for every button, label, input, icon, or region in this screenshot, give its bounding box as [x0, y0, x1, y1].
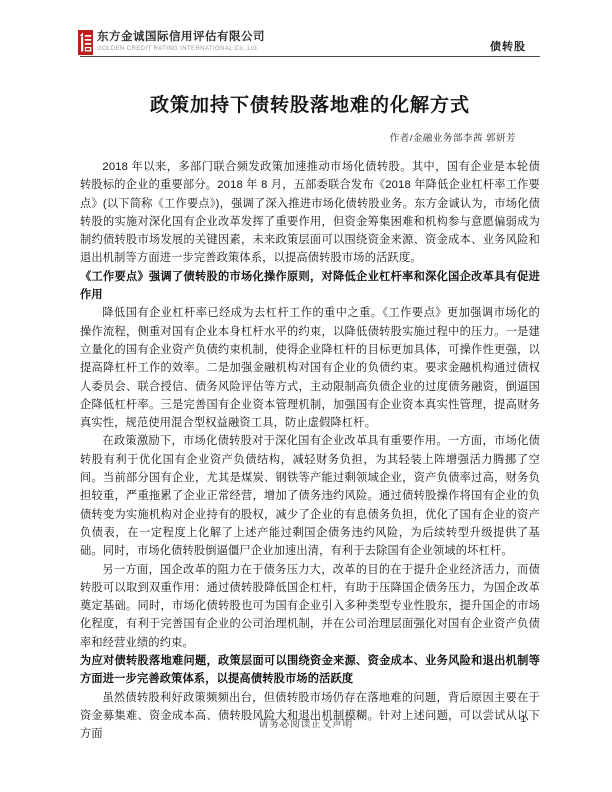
article-content: 政策加持下债转股落地难的化解方式 作者/金融业务部李茜 郭妍芳 2018 年以来… [80, 0, 540, 744]
paragraph-3: 在政策激励下，市场化债转股对于深化国有企业改革具有重要作用。一方面，市场化债转股… [80, 432, 540, 560]
document-page: 东方金诚国际信用评估有限公司 GOLDEN CREDIT RATING INTE… [0, 0, 612, 792]
article-title: 政策加持下债转股落地难的化解方式 [80, 93, 540, 119]
section-heading-1: 《工作要点》强调了债转股的市场化操作原则，对降低企业杠杆率和深化国企改革具有促进… [80, 268, 540, 305]
article-byline: 作者/金融业务部李茜 郭妍芳 [80, 130, 540, 144]
paragraph-2: 降低国有企业杠杆率已经成为去杠杆工作的重中之重。《工作要点》更加强调市场化的操作… [80, 304, 540, 432]
paragraph-intro: 2018 年以来，多部门联合频发政策加速推动市场化债转股。其中，国有企业是本轮债… [80, 158, 540, 268]
page-number: 1 [520, 714, 526, 725]
paragraph-4: 另一方面，国企改革的阻力在于债务压力大，改革的目的在于提升企业经济活力，而债转股… [80, 561, 540, 652]
article-body: 2018 年以来，多部门联合频发政策加速推动市场化债转股。其中，国有企业是本轮债… [80, 158, 540, 744]
section-heading-2: 为应对债转股落地难问题，政策层面可以围绕资金来源、资金成本、业务风险和退出机制等… [80, 652, 540, 689]
